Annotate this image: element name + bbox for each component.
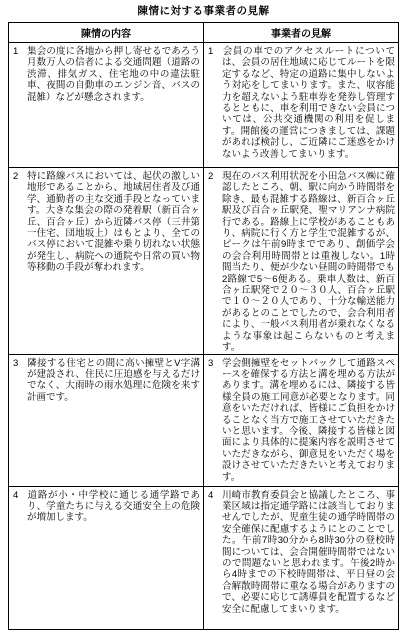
item-number: 4 xyxy=(13,490,27,501)
opinion-text: 会員の車でのアクセスルートについては、会員の居住地域に応じてルートを限定するなど… xyxy=(222,46,395,160)
item-number: 4 xyxy=(208,490,222,501)
opinion-cell: 1会員の車でのアクセスルートについては、会員の居住地域に応じてルートを限定するな… xyxy=(204,43,399,168)
petition-cell: 4道路が小・中学校に通じる通学路であり、学童たちに与える交通安全上の危険が増加し… xyxy=(9,486,204,629)
page-title: 陳情に対する事業者の見解 xyxy=(0,3,407,18)
header-operator-opinion: 事業者の見解 xyxy=(204,23,399,43)
table-row: 1集会の度に各地から押し寄せるであろう月数万人の信者による交通問題（道路の渋滞、… xyxy=(9,43,399,168)
opinion-text: 学会側擁壁をセットバックして通路スペースを確保する方法と溝を埋める方法があります… xyxy=(222,358,395,483)
table-header-row: 陳情の内容 事業者の見解 xyxy=(9,23,399,43)
opinion-cell: 4川崎市教育委員会と協議したところ、事業区域は指定通学路には該当しておりませんで… xyxy=(204,486,399,629)
header-petition-content: 陳情の内容 xyxy=(9,23,204,43)
item-number: 3 xyxy=(208,358,222,369)
petition-text: 集会の度に各地から押し寄せるであろう月数万人の信者による交通問題（道路の渋滞、排… xyxy=(27,46,200,103)
document-page: 陳情に対する事業者の見解 陳情の内容 事業者の見解 1集会の度に各地から押し寄せ… xyxy=(0,0,407,638)
opinion-text: 川崎市教育委員会と協議したところ、事業区域は指定通学路には該当しておりませんでし… xyxy=(222,490,395,615)
opinion-cell: 2現在のバス利用状況を小田急バス㈱に確認したところ、朝、駅に向かう時間帯を除き、… xyxy=(204,168,399,355)
item-number: 1 xyxy=(13,46,27,57)
item-number: 2 xyxy=(13,171,27,182)
table-row: 2特に路線バスにおいては、起伏の激しい地形であることから、地域居住者及び通学、通… xyxy=(9,168,399,355)
petition-cell: 2特に路線バスにおいては、起伏の激しい地形であることから、地域居住者及び通学、通… xyxy=(9,168,204,355)
petition-text: 隣接する住宅との間に高い擁壁とV字溝が建設され、住民に圧迫感を与えるだけでなく、… xyxy=(27,358,200,403)
petition-text: 特に路線バスにおいては、起伏の激しい地形であることから、地域居住者及び通学、通勤… xyxy=(27,171,200,273)
item-number: 3 xyxy=(13,358,27,369)
opinion-text: 現在のバス利用状況を小田急バス㈱に確認したところ、朝、駅に向かう時間帯を除き、最… xyxy=(222,171,395,353)
table-row: 4道路が小・中学校に通じる通学路であり、学童たちに与える交通安全上の危険が増加し… xyxy=(9,486,399,629)
petition-cell: 3隣接する住宅との間に高い擁壁とV字溝が建設され、住民に圧迫感を与えるだけでなく… xyxy=(9,354,204,486)
item-number: 1 xyxy=(208,46,222,57)
petition-text: 道路が小・中学校に通じる通学路であり、学童たちに与える交通安全上の危険が増加しま… xyxy=(27,490,200,524)
table-row: 3隣接する住宅との間に高い擁壁とV字溝が建設され、住民に圧迫感を与えるだけでなく… xyxy=(9,354,399,486)
item-number: 2 xyxy=(208,171,222,182)
petition-cell: 1集会の度に各地から押し寄せるであろう月数万人の信者による交通問題（道路の渋滞、… xyxy=(9,43,204,168)
opinion-cell: 3学会側擁壁をセットバックして通路スペースを確保する方法と溝を埋める方法がありま… xyxy=(204,354,399,486)
petition-opinion-table: 陳情の内容 事業者の見解 1集会の度に各地から押し寄せるであろう月数万人の信者に… xyxy=(8,22,399,630)
